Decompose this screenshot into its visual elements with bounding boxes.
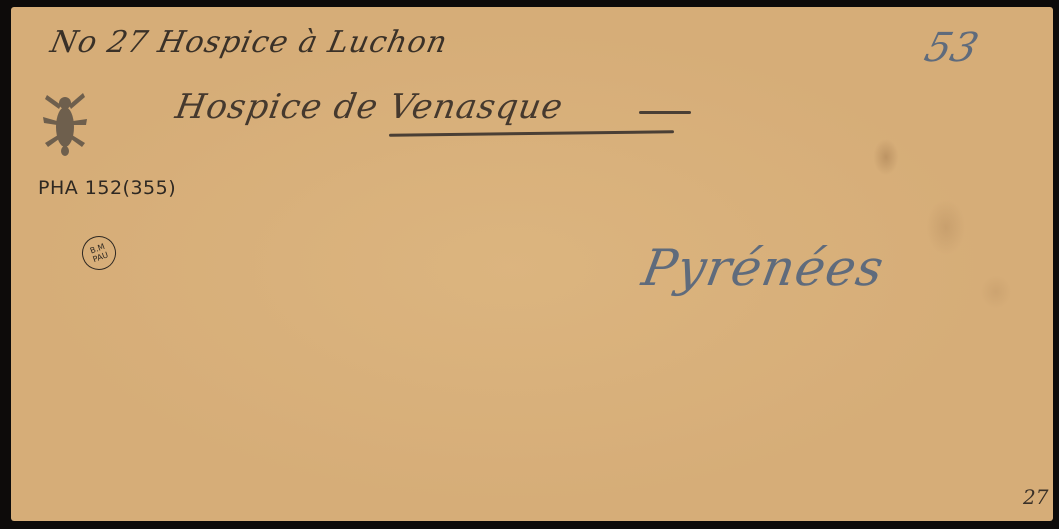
inscription-title-line2: Hospice de Venasque (172, 87, 566, 127)
title-underline (389, 130, 674, 136)
shelfmark-label: PHA 152(355) (38, 177, 176, 199)
page-number: 27 (1023, 485, 1048, 509)
title-dash (639, 111, 691, 114)
pencil-region-label: Pyrénées (638, 239, 889, 297)
inscription-title-line1: No 27 Hospice à Luchon (47, 25, 451, 60)
library-stamp: B.M PAU (77, 231, 121, 275)
document-card: No 27 Hospice à Luchon Hospice de Venasq… (11, 7, 1053, 521)
pencil-number: 53 (920, 25, 983, 71)
insect-stain-icon (41, 89, 89, 157)
